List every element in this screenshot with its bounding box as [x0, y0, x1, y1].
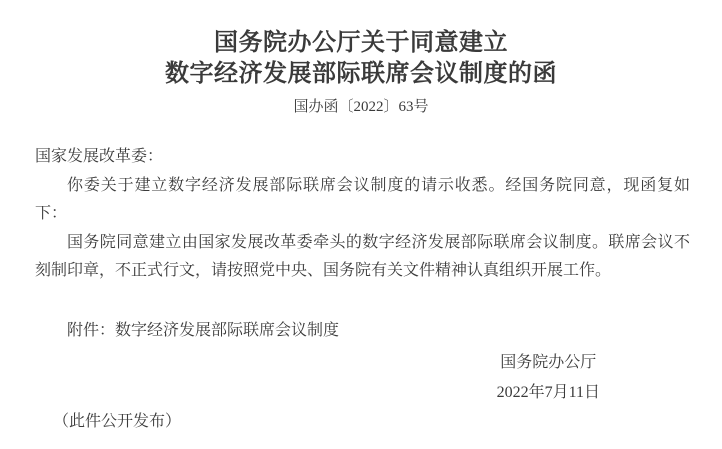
salutation: 国家发展改革委： [35, 143, 690, 172]
paragraph-1-line-2: 下： [35, 200, 690, 229]
letter-body: 国家发展改革委： 你委关于建立数字经济发展部际联席会议制度的请示收悉。经国务院同… [35, 143, 690, 437]
signer-name: 国务院办公厅 [497, 348, 600, 378]
document-title: 国务院办公厅关于同意建立 数字经济发展部际联席会议制度的函 [0, 0, 722, 90]
publish-note: （此件公开发布） [35, 408, 690, 437]
document-page: 国务院办公厅关于同意建立 数字经济发展部际联席会议制度的函 国办函〔2022〕6… [0, 0, 722, 449]
paragraph-2-line-1: 国务院同意建立由国家发展改革委牵头的数字经济发展部际联席会议制度。联席会议不 [35, 229, 690, 258]
paragraph-1-line-1: 你委关于建立数字经济发展部际联席会议制度的请示收悉。经国务院同意，现函复如 [35, 172, 690, 201]
document-number: 国办函〔2022〕63号 [0, 97, 722, 117]
signature-date: 2022年7月11日 [497, 378, 600, 408]
signature-block: 国务院办公厅 2022年7月11日 [497, 348, 600, 408]
attachment-line: 附件：数字经济发展部际联席会议制度 [35, 317, 690, 346]
title-line-2: 数字经济发展部际联席会议制度的函 [0, 59, 722, 90]
paragraph-2-line-2: 刻制印章，不正式行文，请按照党中央、国务院有关文件精神认真组织开展工作。 [35, 257, 690, 286]
title-line-1: 国务院办公厅关于同意建立 [0, 28, 722, 59]
